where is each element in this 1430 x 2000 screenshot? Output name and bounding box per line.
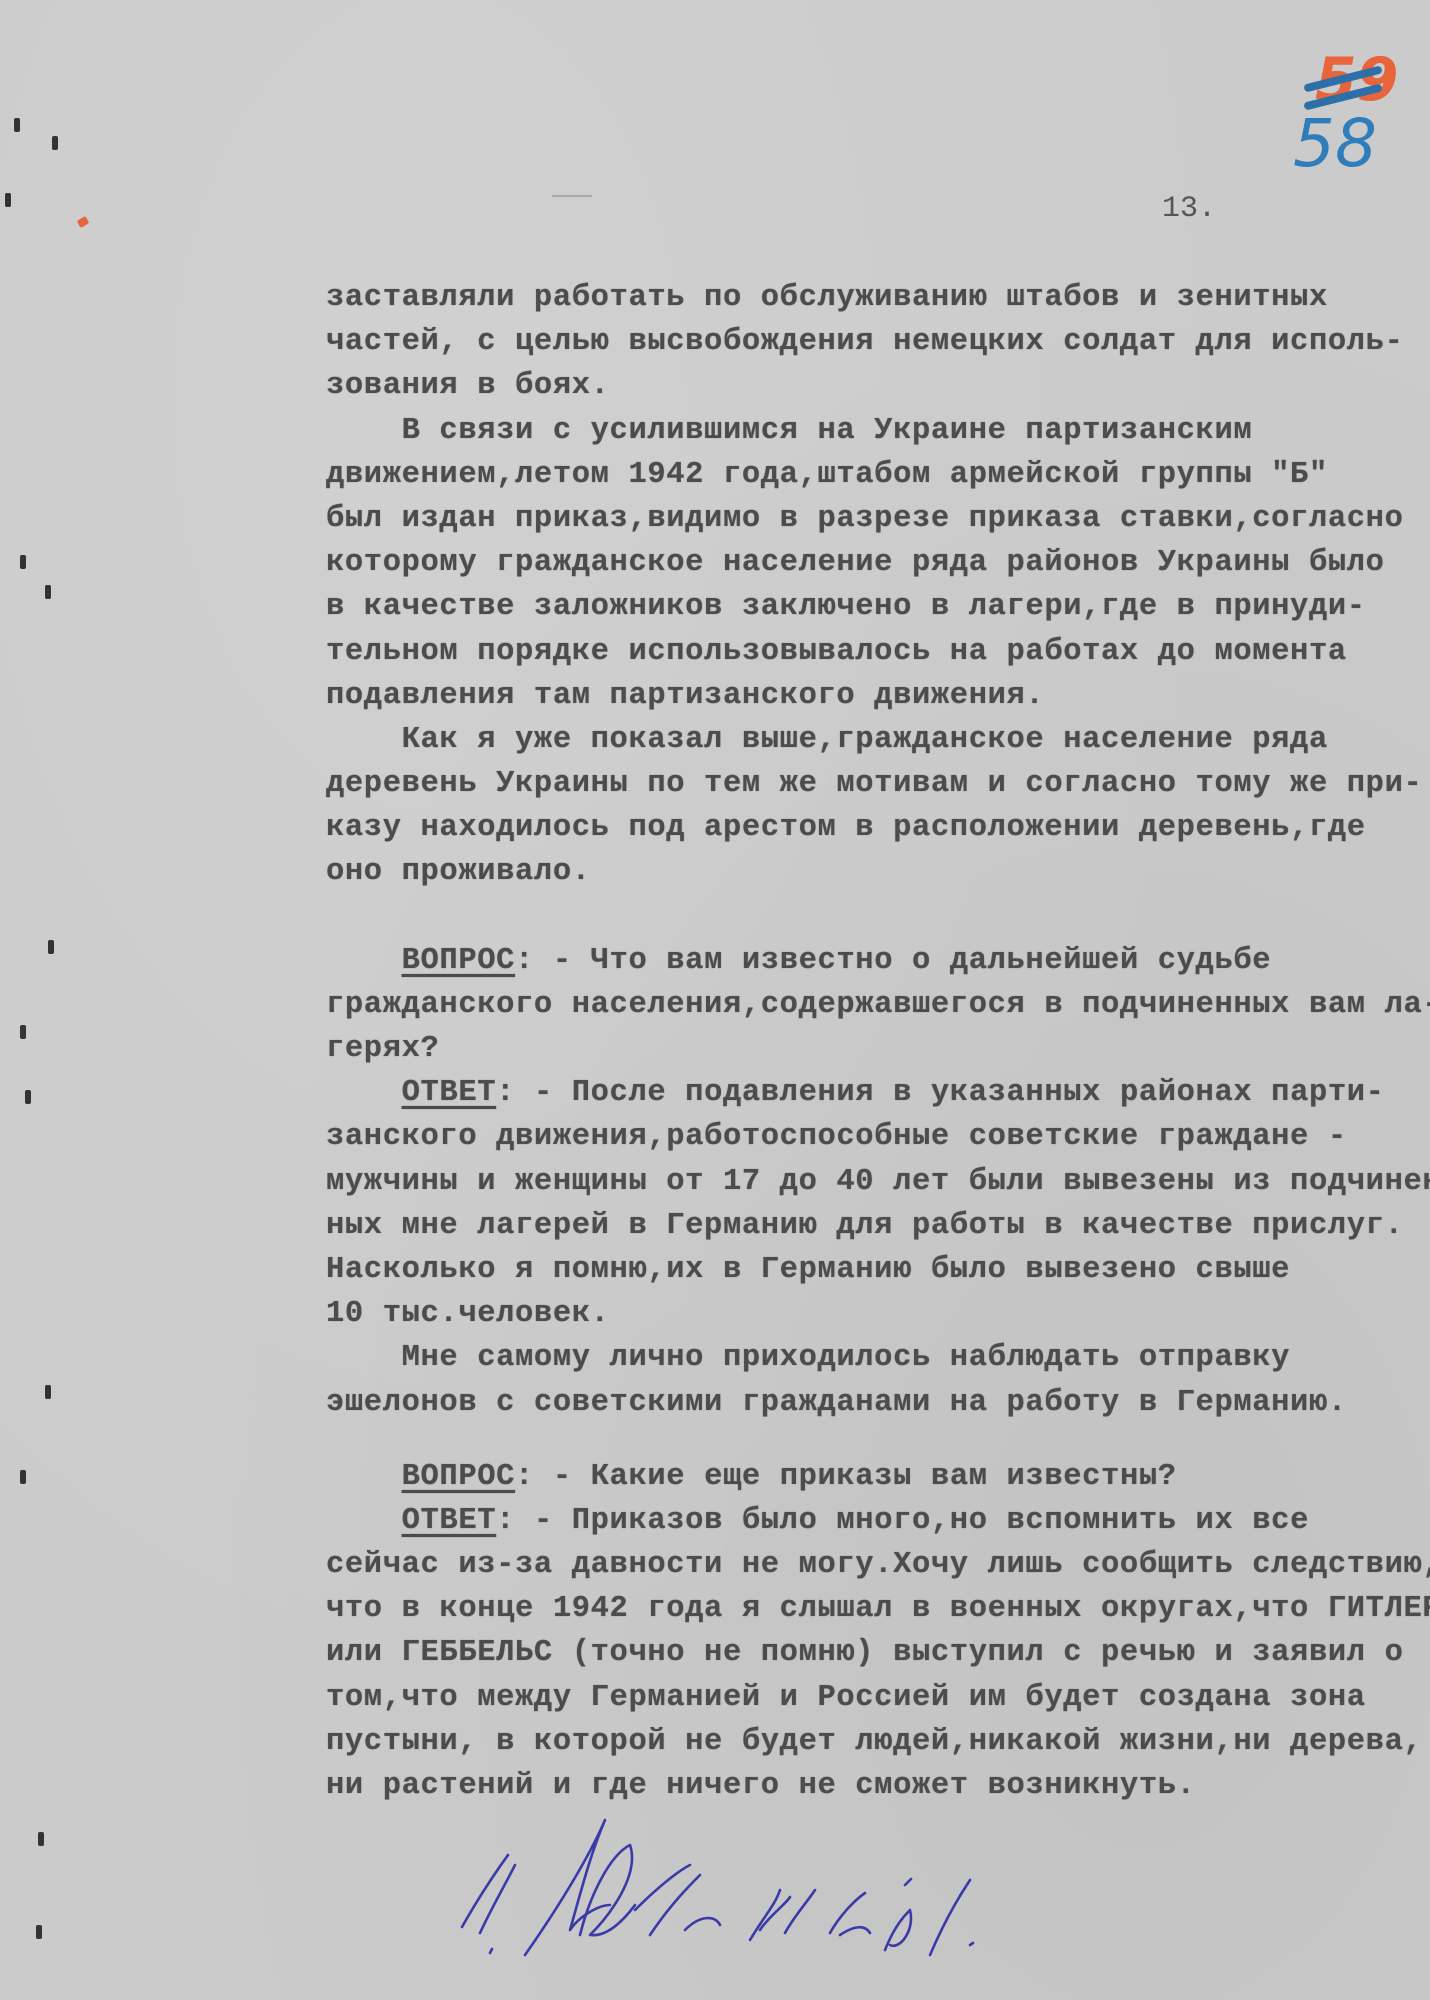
text-line: В связи с усилившимся на Украине партиза… bbox=[326, 409, 1426, 453]
question-line: ВОПРОС: - Какие еще приказы вам известны… bbox=[326, 1455, 1426, 1499]
question-line-text: : - Какие еще приказы вам известны? bbox=[515, 1460, 1177, 1494]
text-line: гражданского населения,содержавшегося в … bbox=[326, 983, 1426, 1027]
text-line: деревень Украины по тем же мотивам и сог… bbox=[326, 762, 1426, 806]
text-line: ни растений и где ничего не сможет возни… bbox=[326, 1764, 1426, 1808]
text-line: которому гражданское население ряда райо… bbox=[326, 541, 1426, 585]
text-line: сейчас из-за давности не могу.Хочу лишь … bbox=[326, 1543, 1426, 1587]
archive-folio-number: 59 58 bbox=[1285, 45, 1405, 175]
answer-line-label: ОТВЕТ bbox=[402, 1076, 497, 1110]
text-line: занского движения,работоспособные советс… bbox=[326, 1115, 1426, 1159]
document-page: 59 58 13. заставляли работать по обслужи… bbox=[0, 0, 1430, 2000]
text-line: казу находилось под арестом в расположен… bbox=[326, 806, 1426, 850]
answer-line: ОТВЕТ: - Приказов было много,но вспомнит… bbox=[326, 1499, 1426, 1543]
question-line-text: : - Что вам известно о дальнейшей судьбе bbox=[515, 944, 1271, 978]
text-line: подавления там партизанского движения. bbox=[326, 674, 1426, 718]
question-line-label: ВОПРОС bbox=[402, 944, 515, 978]
text-line: что в конце 1942 года я слышал в военных… bbox=[326, 1587, 1426, 1631]
text-line: или ГЕББЕЛЬС (точно не помню) выступил с… bbox=[326, 1631, 1426, 1675]
question-line: ВОПРОС: - Что вам известно о дальнейшей … bbox=[326, 939, 1426, 983]
document-body: заставляли работать по обслуживанию штаб… bbox=[326, 276, 1426, 1808]
text-line: в качестве заложников заключено в лагери… bbox=[326, 585, 1426, 629]
text-line: Как я уже показал выше,гражданское насел… bbox=[326, 718, 1426, 762]
folio-number: 58 bbox=[1293, 105, 1377, 182]
text-line: пустыни, в которой не будет людей,никако… bbox=[326, 1720, 1426, 1764]
answer-line-text: : - Приказов было много,но вспомнить их … bbox=[496, 1504, 1309, 1538]
answer-line-text: : - После подавления в указанных районах… bbox=[496, 1076, 1384, 1110]
text-line: эшелонов с советскими гражданами на рабо… bbox=[326, 1381, 1426, 1425]
answer-line: ОТВЕТ: - После подавления в указанных ра… bbox=[326, 1071, 1426, 1115]
text-line: Мне самому лично приходилось наблюдать о… bbox=[326, 1336, 1426, 1380]
text-line: движением,летом 1942 года,штабом армейск… bbox=[326, 453, 1426, 497]
text-line: том,что между Германией и Россией им буд… bbox=[326, 1676, 1426, 1720]
paragraph-gap bbox=[326, 895, 1426, 939]
text-line: герях? bbox=[326, 1027, 1426, 1071]
page-number: 13. bbox=[1162, 192, 1216, 226]
faint-mark bbox=[552, 195, 592, 197]
handwritten-signature bbox=[430, 1815, 1310, 1995]
text-line: частей, с целью высвобождения немецких с… bbox=[326, 320, 1426, 364]
text-line: заставляли работать по обслуживанию штаб… bbox=[326, 276, 1426, 320]
text-line: тельном порядке использовывалось на рабо… bbox=[326, 630, 1426, 674]
answer-line-label: ОТВЕТ bbox=[402, 1504, 497, 1538]
text-line: 10 тыс.человек. bbox=[326, 1292, 1426, 1336]
text-line: оно проживало. bbox=[326, 850, 1426, 894]
text-line: ных мне лагерей в Германию для работы в … bbox=[326, 1204, 1426, 1248]
paragraph-gap bbox=[326, 1425, 1426, 1455]
text-line: зования в боях. bbox=[326, 364, 1426, 408]
text-line: Насколько я помню,их в Германию было выв… bbox=[326, 1248, 1426, 1292]
question-line-label: ВОПРОС bbox=[402, 1460, 515, 1494]
text-line: мужчины и женщины от 17 до 40 лет были в… bbox=[326, 1160, 1426, 1204]
text-line: был издан приказ,видимо в разрезе приказ… bbox=[326, 497, 1426, 541]
